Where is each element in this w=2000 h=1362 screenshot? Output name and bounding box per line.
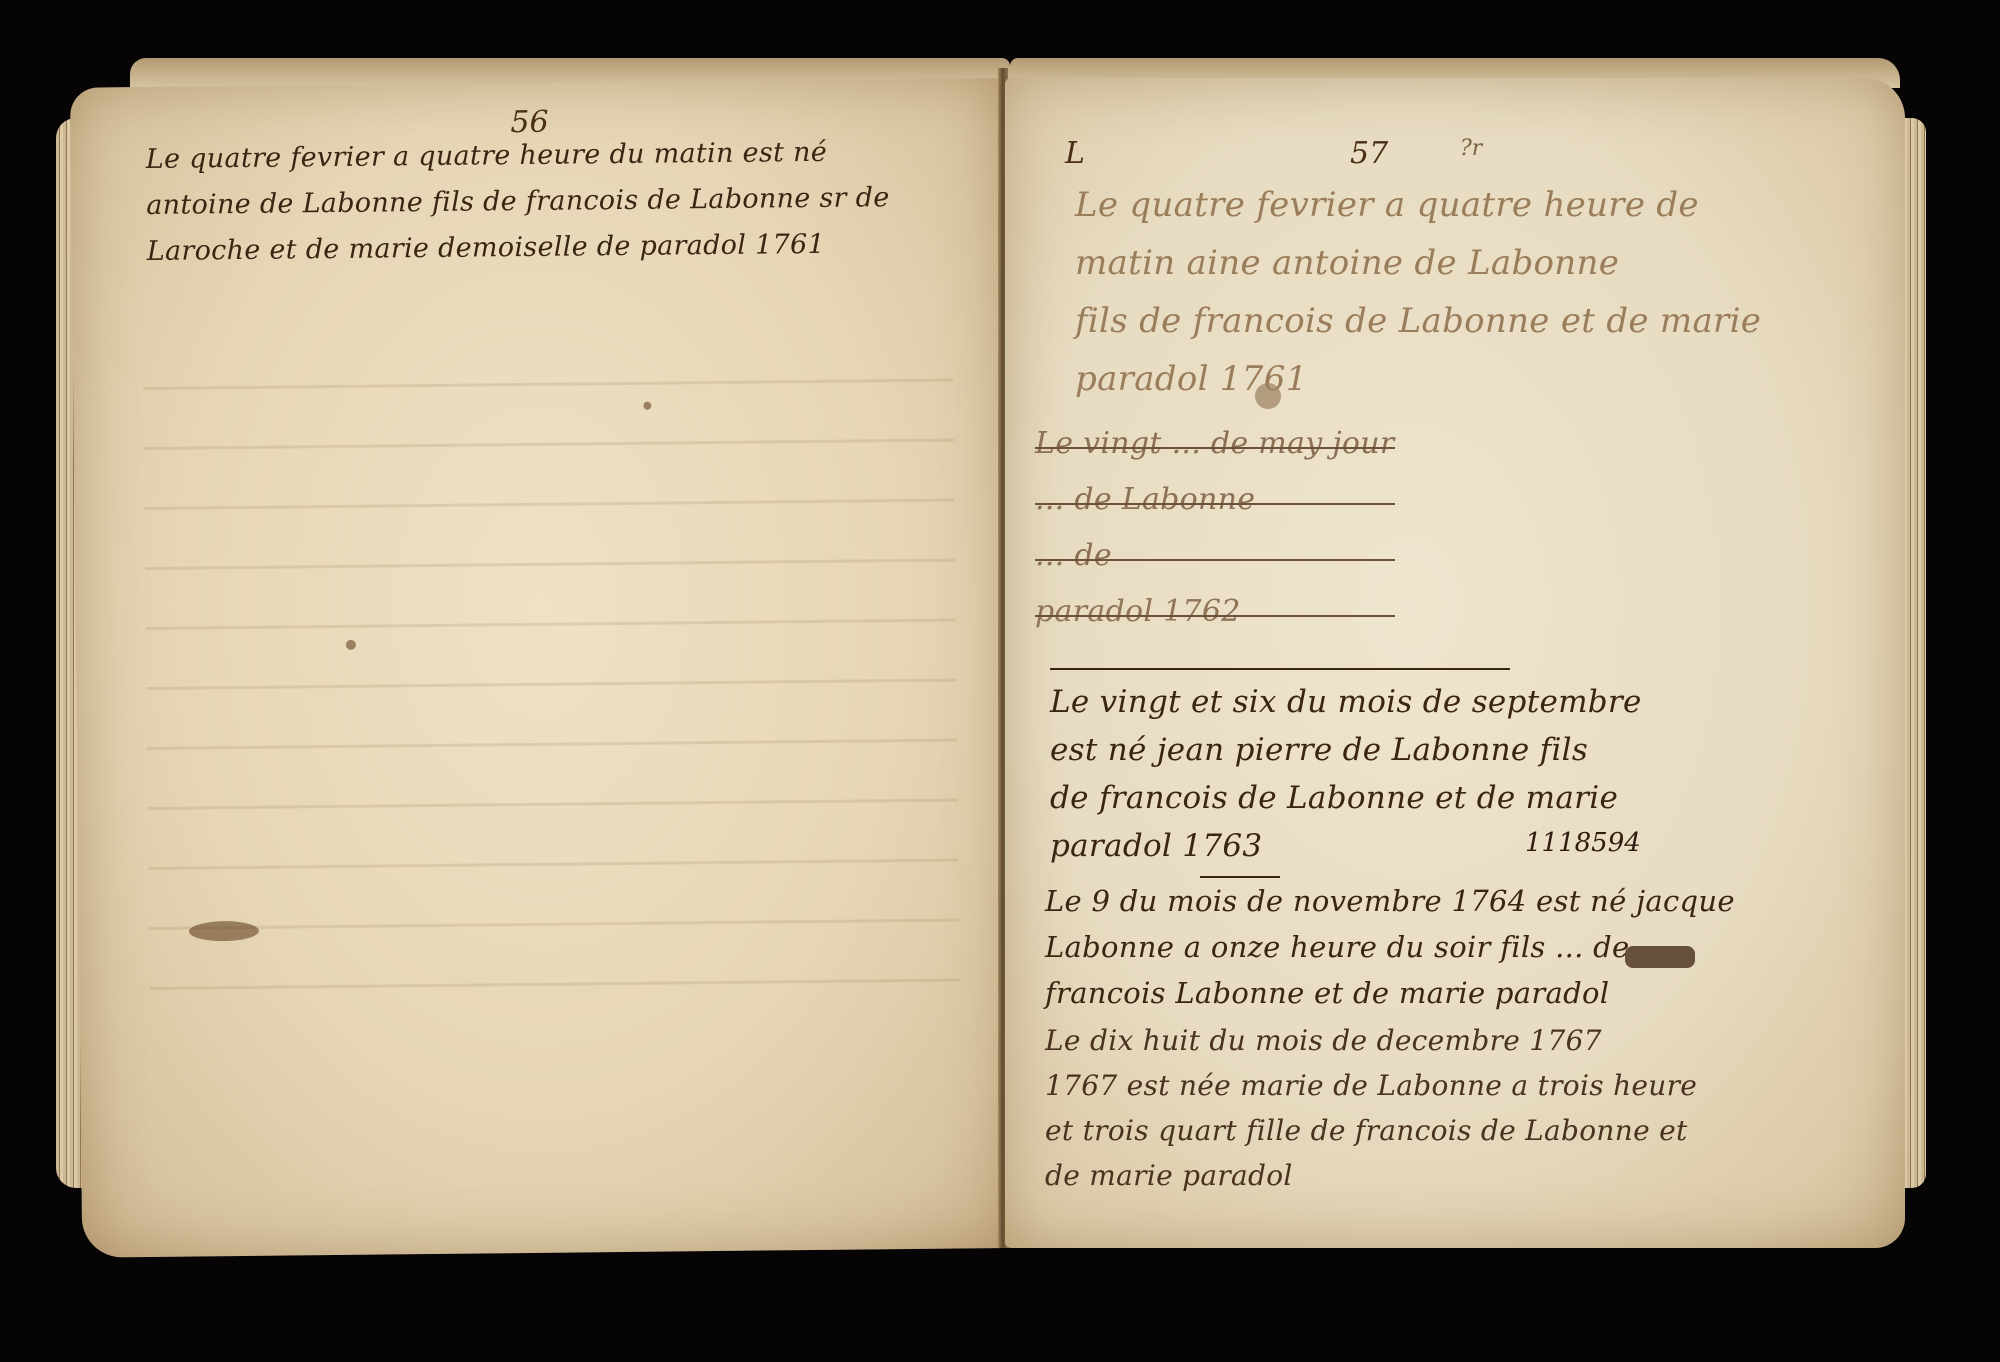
birth-entry: Le quatre fevrier a quatre heure du mati… — [146, 129, 891, 275]
birth-entry: Le dix huit du mois de decembre 1767 176… — [1045, 1018, 1697, 1198]
corner-note: ?r — [1460, 136, 1482, 161]
entry-divider — [1050, 668, 1510, 670]
birth-entry-faded: Le quatre fevrier a quatre heure de mati… — [1075, 176, 1761, 408]
margin-mark: L — [1065, 136, 1085, 171]
ink-blot — [346, 640, 356, 650]
page-number: 57 — [1350, 136, 1388, 171]
open-register-book: 56 Le quatre fevrier a quatre heure du m… — [70, 58, 1975, 1258]
left-page: 56 Le quatre fevrier a quatre heure du m… — [70, 78, 1012, 1258]
margin-note: 1118594 — [1525, 828, 1641, 858]
ink-smudge — [1625, 946, 1695, 968]
ink-blot — [643, 402, 651, 410]
right-page: L 57 ?r Le quatre fevrier a quatre heure… — [1005, 78, 1905, 1248]
birth-entry-struck: Le vingt ... de may jour ... de Labonne … — [1035, 416, 1395, 640]
ink-blot — [189, 921, 259, 942]
